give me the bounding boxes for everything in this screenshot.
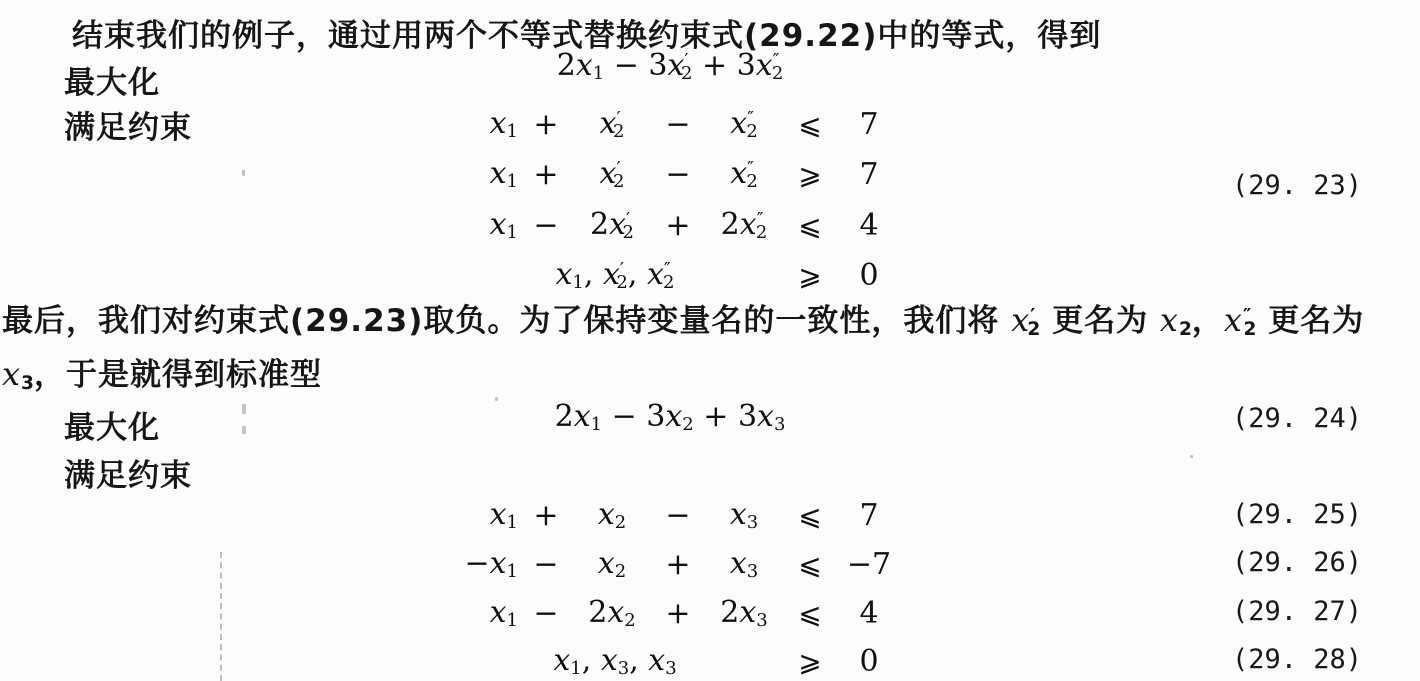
relation-symbol: ⩽ bbox=[782, 108, 838, 141]
term-1: x1 bbox=[448, 595, 518, 631]
term-2: 2x′2 bbox=[574, 207, 650, 243]
rhs-value: 0 bbox=[838, 258, 900, 293]
term-1: −x1 bbox=[448, 546, 518, 582]
term-2: x2 bbox=[574, 546, 650, 582]
variable-list: x1, x3, x3 bbox=[448, 643, 782, 679]
operator: + bbox=[650, 596, 706, 631]
equation-number-2926: (29. 26) bbox=[1232, 547, 1362, 578]
relation-symbol: ⩽ bbox=[782, 597, 838, 630]
term-1: x1 bbox=[448, 497, 518, 533]
operator: − bbox=[518, 596, 574, 631]
operator: + bbox=[650, 547, 706, 582]
operator: + bbox=[518, 498, 574, 533]
operator: − bbox=[650, 107, 706, 142]
term-3: x″2 bbox=[706, 106, 782, 142]
term-1: x1 bbox=[448, 207, 518, 243]
scan-artifact-dashed-line bbox=[220, 552, 222, 681]
constraint-row: x1 − 2x2 + 2x3 ⩽ 4 bbox=[448, 590, 900, 636]
relation-symbol: ⩾ bbox=[782, 158, 838, 191]
relation-symbol: ⩽ bbox=[782, 499, 838, 532]
term-2: x2 bbox=[574, 497, 650, 533]
rhs-value: 4 bbox=[838, 596, 900, 631]
term-3: x3 bbox=[706, 497, 782, 533]
term-1: x1 bbox=[448, 156, 518, 192]
equation-number-2925: (29. 25) bbox=[1232, 499, 1362, 530]
nonnegativity-row: x1, x3, x3 ⩾ 0 bbox=[448, 638, 900, 681]
constraint-row: x1 + x′2 − x″2 ⩽ 7 bbox=[448, 101, 900, 147]
rhs-value: −7 bbox=[838, 547, 900, 582]
term-2: x′2 bbox=[574, 156, 650, 192]
operator: + bbox=[518, 107, 574, 142]
scan-artifact-speck bbox=[1190, 455, 1193, 458]
constraint-row: x1 + x2 − x3 ⩽ 7 bbox=[448, 492, 900, 538]
term-2: x′2 bbox=[574, 106, 650, 142]
term-3: 2x″2 bbox=[706, 207, 782, 243]
operator: − bbox=[518, 208, 574, 243]
rhs-value: 7 bbox=[838, 107, 900, 142]
rhs-value: 7 bbox=[838, 498, 900, 533]
constraint-row: −x1 − x2 + x3 ⩽ −7 bbox=[448, 541, 900, 587]
term-3: 2x3 bbox=[706, 595, 782, 631]
maximize-label-1: 最大化 bbox=[64, 57, 160, 102]
maximize-label-2: 最大化 bbox=[64, 402, 160, 447]
term-1: x1 bbox=[448, 106, 518, 142]
rhs-value: 0 bbox=[838, 644, 900, 679]
term-3: x″2 bbox=[706, 156, 782, 192]
nonnegativity-row: x1, x′2, x″2 ⩾ 0 bbox=[448, 252, 900, 298]
relation-symbol: ⩽ bbox=[782, 209, 838, 242]
scan-artifact-speck bbox=[242, 426, 246, 434]
paragraph-rename-line1: 最后，我们对约束式(29.23)取负。为了保持变量名的一致性，我们将 x′2 更… bbox=[2, 295, 1364, 340]
objective-formula-2: 2x1 − 3x2 + 3x3 bbox=[410, 399, 930, 443]
objective-formula-1: 2x1 − 3x′2 + 3x″2 bbox=[410, 48, 930, 92]
term-2: 2x2 bbox=[574, 595, 650, 631]
operator: − bbox=[650, 498, 706, 533]
equation-number-2927: (29. 27) bbox=[1232, 596, 1362, 627]
operator: + bbox=[650, 208, 706, 243]
constraint-row: x1 + x′2 − x″2 ⩾ 7 bbox=[448, 151, 900, 197]
variable-list: x1, x′2, x″2 bbox=[448, 257, 782, 293]
relation-symbol: ⩽ bbox=[782, 548, 838, 581]
operator: + bbox=[518, 157, 574, 192]
scan-artifact-speck bbox=[242, 170, 245, 176]
subject-to-label-1: 满足约束 bbox=[64, 102, 192, 147]
textbook-page: 结束我们的例子，通过用两个不等式替换约束式(29.22)中的等式，得到 最大化 … bbox=[0, 0, 1420, 681]
operator: − bbox=[650, 157, 706, 192]
rhs-value: 7 bbox=[838, 157, 900, 192]
constraint-row: x1 − 2x′2 + 2x″2 ⩽ 4 bbox=[448, 202, 900, 248]
scan-artifact-speck bbox=[242, 404, 246, 414]
relation-symbol: ⩾ bbox=[782, 259, 838, 292]
rhs-value: 4 bbox=[838, 208, 900, 243]
relation-symbol: ⩾ bbox=[782, 645, 838, 678]
equation-number-2928: (29. 28) bbox=[1232, 644, 1362, 675]
equation-number-2924: (29. 24) bbox=[1232, 403, 1362, 434]
operator: − bbox=[518, 547, 574, 582]
subject-to-label-2: 满足约束 bbox=[64, 450, 192, 495]
term-3: x3 bbox=[706, 546, 782, 582]
paragraph-rename-line2: x3，于是就得到标准型 bbox=[2, 349, 322, 394]
equation-number-2923: (29. 23) bbox=[1232, 170, 1362, 201]
